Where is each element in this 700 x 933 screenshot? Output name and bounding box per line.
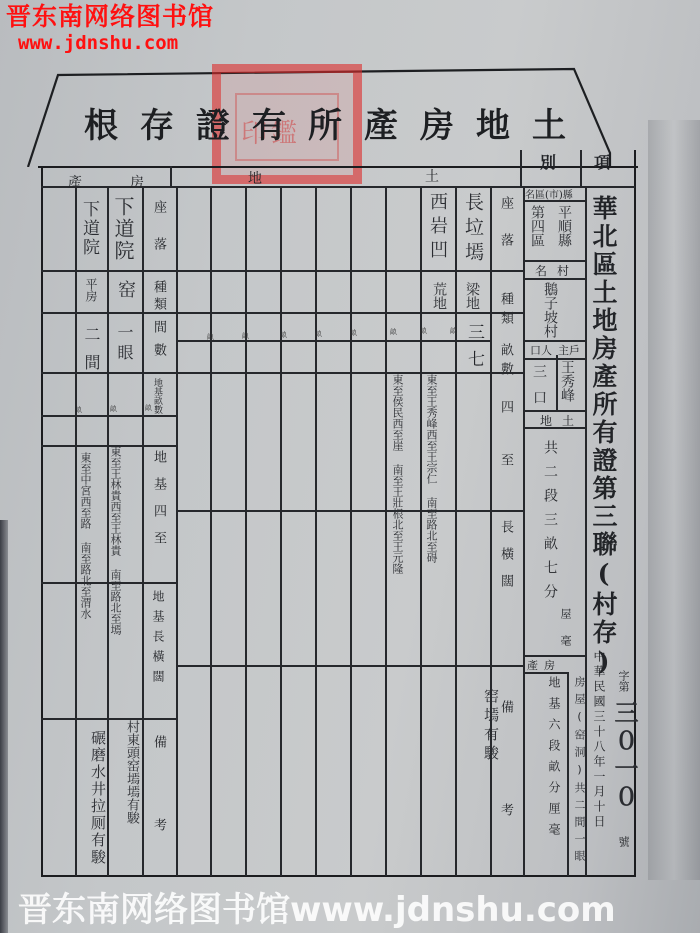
land-label-col-left xyxy=(490,186,492,876)
land-total: 共二段三畝七分 xyxy=(543,440,557,608)
row-line-boundaries xyxy=(176,510,523,512)
serial-label: 字第 xyxy=(618,670,629,692)
row-line-dimensions xyxy=(176,665,523,667)
right-panel-divider-3 xyxy=(556,355,558,410)
rp-h5 xyxy=(523,358,585,360)
county-value: 平順縣 xyxy=(557,205,571,247)
row-line-type xyxy=(41,312,523,314)
seal-mark: 畝 xyxy=(110,404,117,414)
header-sep-1 xyxy=(580,150,582,186)
household-head-label: 戶主 xyxy=(558,342,580,358)
header-land-label-right: 土 xyxy=(425,166,439,186)
serial-suffix: 號 xyxy=(618,836,629,847)
header-category-label: 別 xyxy=(540,150,556,173)
right-panel-divider-2 xyxy=(523,186,525,876)
land-parcel-1-mu: 三 xyxy=(468,318,485,343)
row-line-location xyxy=(41,270,523,272)
land-parcel-2-boundaries: 東至侯民西至崖 南至王壯根北至王元隆 xyxy=(392,374,403,504)
seal-mark: 畝 xyxy=(280,330,287,340)
persons-label: 人口 xyxy=(530,342,552,358)
watermark-url: www.jdnshu.com xyxy=(6,32,214,54)
land-col-8 xyxy=(245,186,247,876)
land-col-6 xyxy=(315,186,317,876)
house-rooms: 房屋(窑洞)共二間一眼 xyxy=(574,676,585,867)
land-parcel-2-location: 西岩凹 xyxy=(428,192,446,264)
house-col-3 xyxy=(75,186,77,876)
table-bottom-border xyxy=(41,875,636,877)
row-line-mu-a xyxy=(176,340,490,342)
land-col-9 xyxy=(210,186,212,876)
certificate-name: 華北區土地房產所有證第三聯(村存) xyxy=(591,195,616,679)
house-row-label-base-mu: 地基畝數 xyxy=(152,378,161,414)
land-row-label-type: 種類 xyxy=(499,292,512,330)
house-label-col-left xyxy=(142,186,144,876)
seal-mark: 畝 xyxy=(450,326,457,336)
land-parcel-1-boundaries: 東至王秀峰西至王宗仁 南至路北至碍 xyxy=(426,374,437,509)
land-row-label-mu: 畝數 xyxy=(499,343,512,381)
paper-fold xyxy=(648,120,700,880)
seal-mark: 畝 xyxy=(315,329,322,339)
house-entry-2-rooms: 二間 xyxy=(83,326,99,382)
land-parcel-1-remarks: 窑墕有駿 xyxy=(483,688,498,764)
document-title: 土地房產所有證存根 xyxy=(88,98,588,147)
house-row-label-location: 座落 xyxy=(152,200,165,274)
land-col-5 xyxy=(350,186,352,876)
land-unit-li: 屋 xyxy=(560,608,571,619)
house-entry: 地基六段畝分厘毫 xyxy=(548,676,560,844)
seal-mark: 畝 xyxy=(207,332,214,342)
land-parcel-1-type: 梁地 xyxy=(465,282,479,310)
house-entry-1-type: 窑 xyxy=(116,280,134,298)
land-unit-hao: 毫 xyxy=(560,635,571,646)
land-row-label-location: 座落 xyxy=(499,196,512,270)
county-label: 縣(市)區名 xyxy=(525,186,573,201)
header-land-label-left: 地 xyxy=(248,168,262,188)
house-label-col-right xyxy=(176,186,178,876)
seal-mark: 畝 xyxy=(350,328,357,338)
land-parcel-1-location: 長垃墕 xyxy=(463,192,482,267)
watermark-bottom: 晋东南网络图书馆www.jdnshu.com xyxy=(18,890,698,930)
serial-number: 三０一０ xyxy=(612,700,636,812)
village-label: 村名 xyxy=(535,262,579,279)
house-entry-2-boundaries: 東至中宮西至路 南至路北至渭水 xyxy=(80,452,91,577)
table-left-border xyxy=(41,166,43,876)
header-sep-3 xyxy=(170,166,172,186)
land-col-2 xyxy=(455,186,457,876)
land-row-label-remarks: 備考 xyxy=(499,700,512,906)
house-entry-1-remarks: 村東頭窑墕墕有駿 xyxy=(125,720,138,824)
house-row-label-base-dimensions: 地基長橫闊 xyxy=(152,590,164,690)
house-row-label-base-boundaries: 地基四至 xyxy=(152,450,165,558)
land-label: 土地 xyxy=(540,412,584,429)
house-row-label-rooms: 間數 xyxy=(152,320,165,366)
house-row-label-type: 種類 xyxy=(152,280,165,314)
persons-value: 三口 xyxy=(532,364,546,416)
header-sep-2 xyxy=(520,150,522,186)
land-col-7 xyxy=(280,186,282,876)
land-col-4 xyxy=(385,186,387,876)
land-row-label-dimensions: 長橫闊 xyxy=(499,520,512,601)
seal-mark: 畝 xyxy=(390,327,397,337)
village-value: 鵝子坡村 xyxy=(543,282,557,338)
district-value: 第四區 xyxy=(530,205,544,247)
house-entry-1-rooms: 一眼 xyxy=(116,324,132,364)
watermark-title: 晋东南网络图书馆 xyxy=(6,2,214,32)
household-head-value: 王秀峰 xyxy=(560,360,574,402)
paper-edge-shadow xyxy=(0,520,8,933)
rp-v-house xyxy=(567,672,569,876)
house-entry-2-location: 下道院 xyxy=(80,200,97,257)
seal-mark: 畝 xyxy=(242,331,249,341)
land-parcel-2-type: 荒地 xyxy=(432,282,446,310)
watermark-top: 晋东南网络图书馆 www.jdnshu.com xyxy=(6,2,214,54)
land-col-3 xyxy=(420,186,422,876)
house-entry-1-location: 下道院 xyxy=(113,196,133,262)
house-row-label-remarks: 備考 xyxy=(152,735,165,901)
row-line-mu xyxy=(41,372,523,374)
house-label: 房產 xyxy=(527,657,561,673)
house-entry-2-type: 平房 xyxy=(85,278,97,302)
seal-mark: 畝 xyxy=(420,326,427,336)
house-entry-1-boundaries: 東至王林貴西至王林貴 南至路北至墕 xyxy=(110,446,121,576)
seal-mark: 畝 xyxy=(145,403,152,413)
land-row-label-boundaries: 四至 xyxy=(499,400,512,506)
land-parcel-1-fen: 七 xyxy=(468,345,485,370)
house-entry-2-remarks: 碾磨水井拉厕有駿 xyxy=(90,730,105,866)
header-item-label: 項 xyxy=(594,150,610,173)
issue-date: 中華民國三十八年一月十日 xyxy=(593,650,605,830)
